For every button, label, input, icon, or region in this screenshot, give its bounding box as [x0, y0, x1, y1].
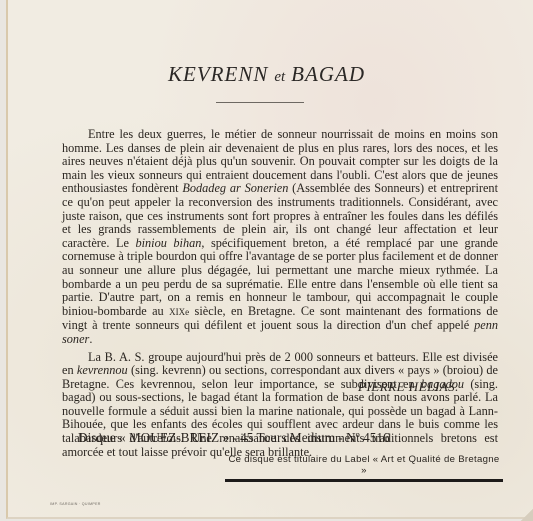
- worn-corner: [521, 509, 533, 521]
- page-title: KEVRENNetBAGAD: [0, 62, 533, 87]
- article-body: Entre les deux guerres, le métier de son…: [62, 128, 498, 459]
- author-signature: PIERRE HELIAS.: [358, 379, 459, 395]
- italic-term: Bodadeg ar Sonerien: [182, 181, 288, 195]
- italic-term: biniou bihan: [135, 236, 201, 250]
- text-run: .: [89, 332, 92, 346]
- printer-imprint: IMP. SARGAIN · QUIMPER: [50, 502, 101, 506]
- quality-label-notice: Ce disque est titulaire du Label « Art e…: [225, 454, 503, 482]
- century-numeral: XIXe: [169, 307, 189, 317]
- title-divider: [216, 102, 304, 103]
- title-connector: et: [274, 69, 285, 85]
- title-bagad: BAGAD: [291, 62, 365, 86]
- italic-term: kevrennou: [77, 363, 128, 377]
- title-kevrenn: KEVRENN: [168, 62, 268, 86]
- record-info: Disque « MOUEZ-BREIZ » - 45 Tours Medium…: [78, 430, 390, 446]
- paragraph-1: Entre les deux guerres, le métier de son…: [62, 128, 498, 347]
